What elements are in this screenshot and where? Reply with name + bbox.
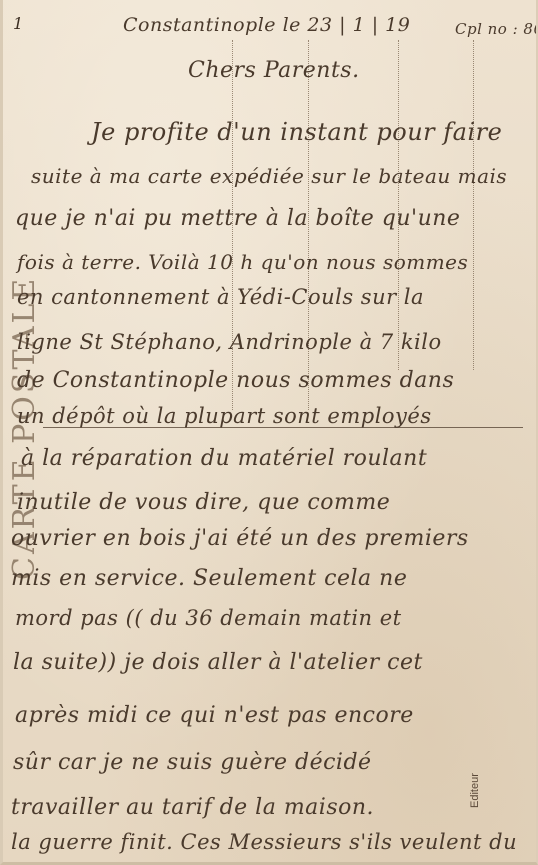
letter-line: suite à ma carte expédiée sur le bateau … [31,164,507,188]
salutation: Chers Parents. [188,58,360,83]
letter-line: de Constantinople nous sommes dans [17,368,454,393]
letter-line: mis en service. Seulement cela ne [11,566,407,591]
postcard-back: CARTE POSTALE Editeur 1 Constantinople l… [0,0,538,865]
card-number: Cpl no : 80 [455,20,538,38]
letter-line: après midi ce qui n'est pas encore [15,703,414,728]
letter-line: sûr car je ne suis guère décidé [13,750,372,775]
place-date: Constantinople le 23 | 1 | 19 [123,14,410,36]
letter-line: à la réparation du matériel roulant [21,446,427,471]
printed-dotted-line-4 [473,40,474,370]
letter-line: un dépôt où la plupart sont employés [17,404,432,428]
publisher-printed-label: Editeur [469,773,481,808]
letter-line: Je profite d'un instant pour faire [91,118,502,146]
letter-line: ligne St Stéphano, Andrinople à 7 kilo [17,330,442,354]
letter-line: en cantonnement à Yédi-Couls sur la [17,285,424,309]
letter-line: fois à terre. Voilà 10 h qu'on nous somm… [17,250,468,274]
letter-line: ouvrier en bois j'ai été un des premiers [11,526,469,551]
letter-line: que je n'ai pu mettre à la boîte qu'une [15,206,460,231]
printed-dotted-line-3 [398,40,399,370]
letter-line: travailler au tarif de la maison. [11,795,374,820]
letter-line: la suite)) je dois aller à l'atelier cet [13,650,423,675]
letter-line: mord pas (( du 36 demain matin et [15,606,402,630]
letter-line: inutile de vous dire, que comme [17,490,390,515]
letter-line: la guerre finit. Ces Messieurs s'ils veu… [11,830,517,854]
page-number: 1 [13,14,23,33]
